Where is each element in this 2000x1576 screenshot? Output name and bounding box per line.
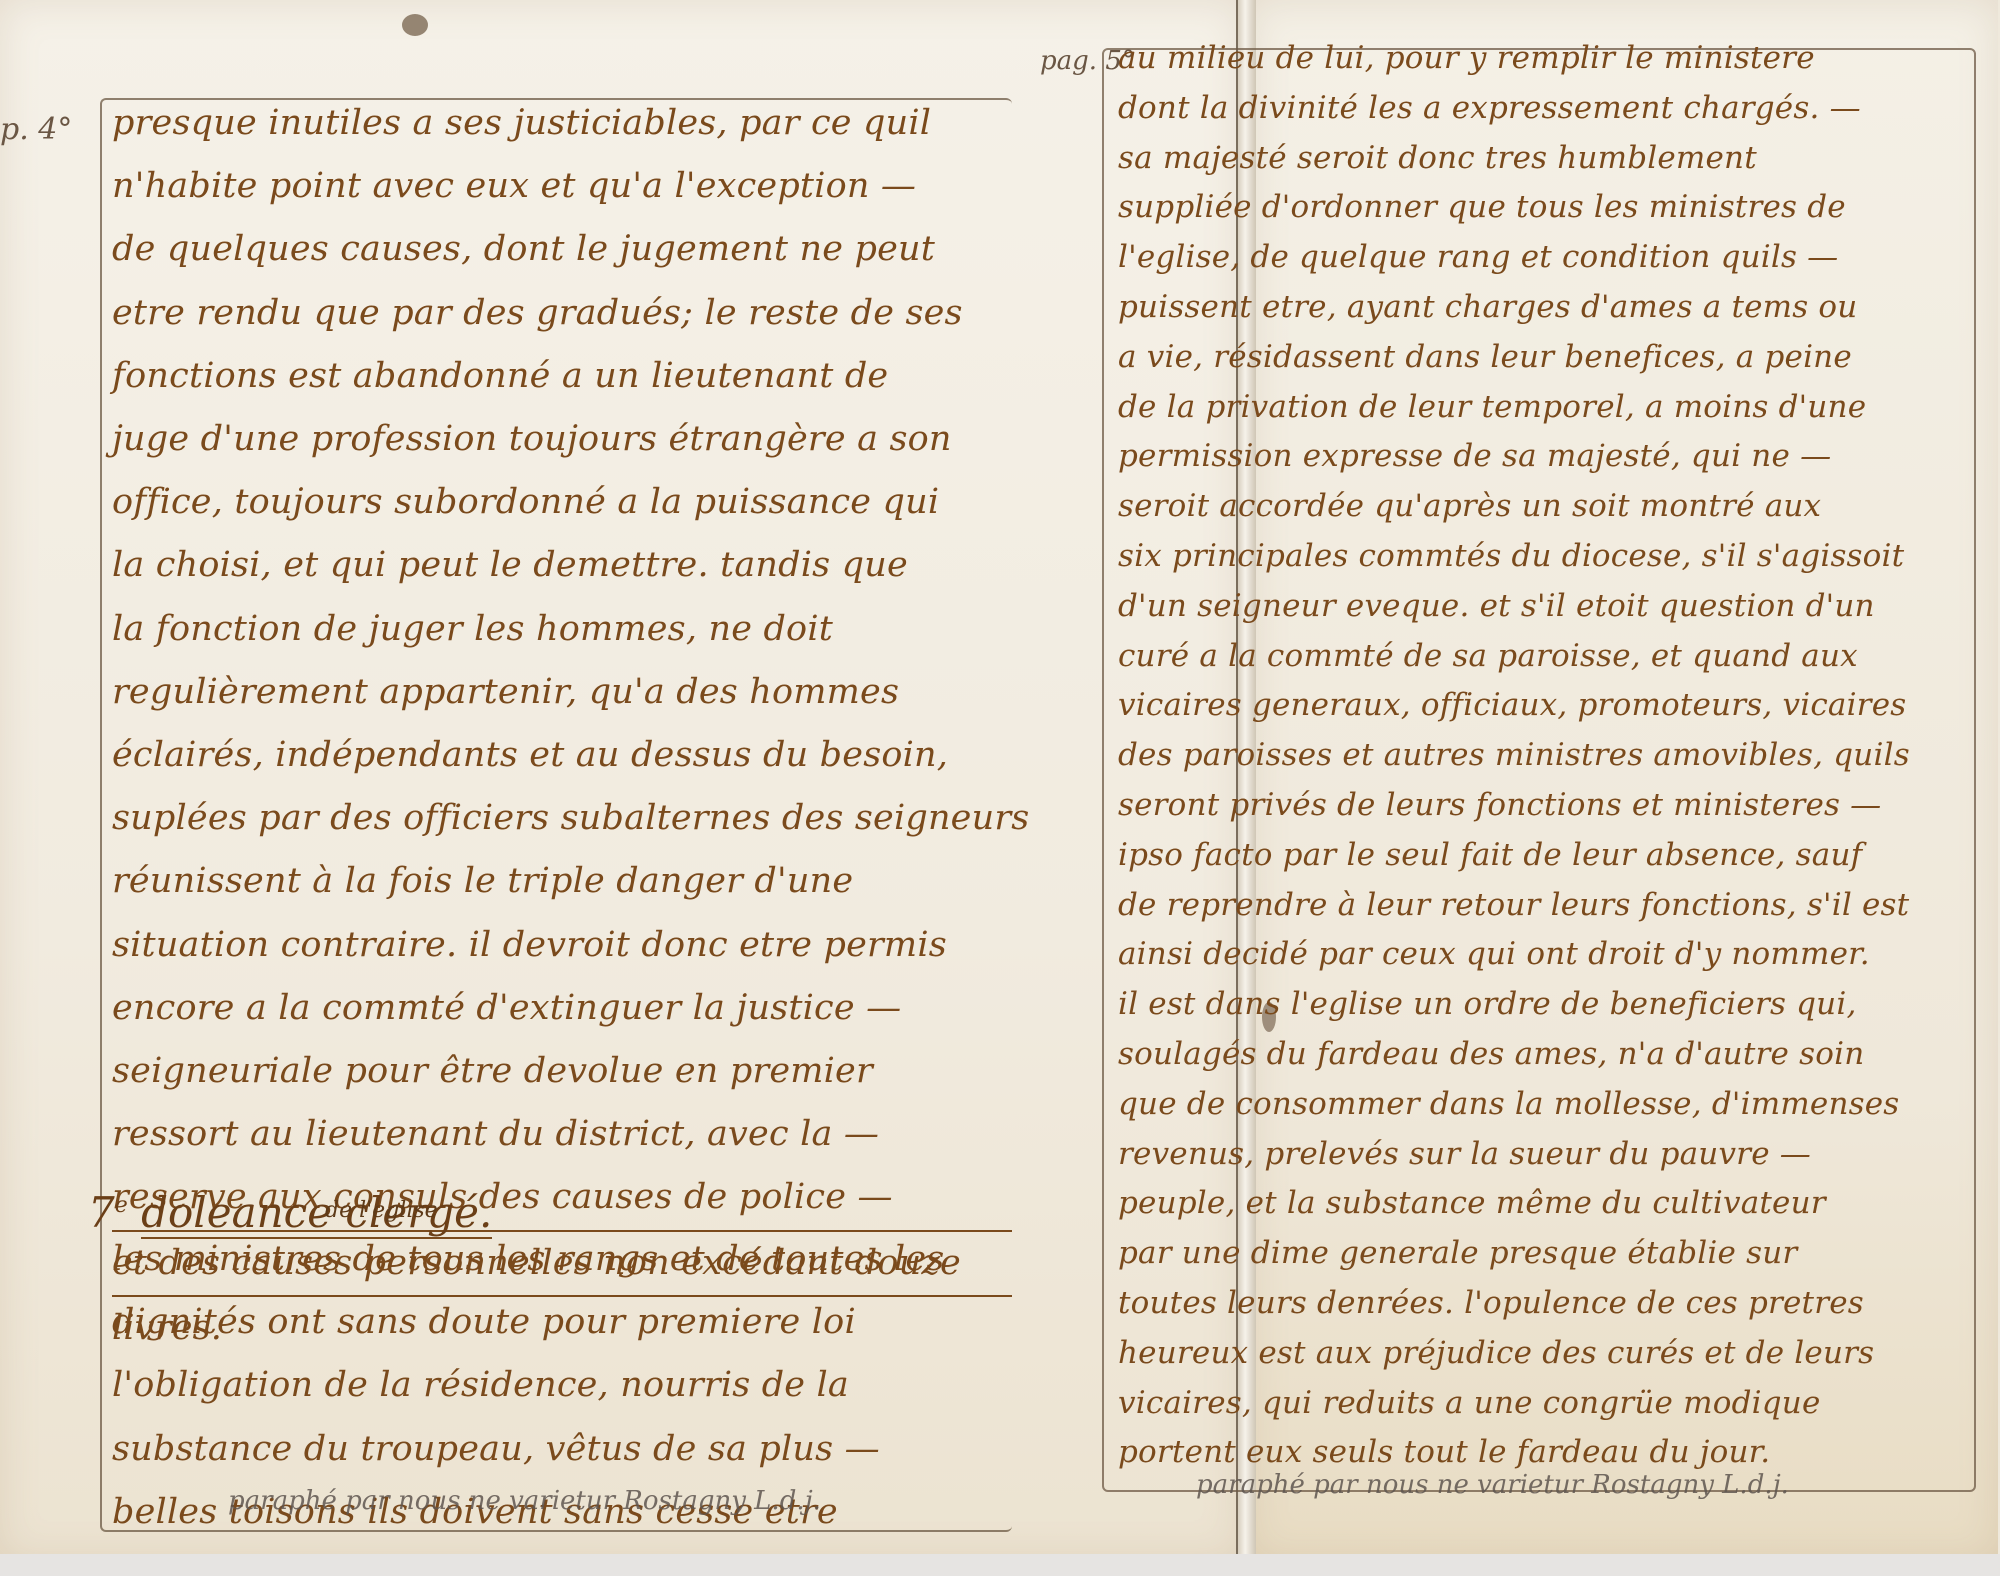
- text-line: peuple, et la substance même du cultivat…: [1118, 1179, 1978, 1229]
- text-line: situation contraire. il devroit donc etr…: [112, 914, 1012, 977]
- text-line: curé a la commté de sa paroisse, et quan…: [1118, 632, 1978, 682]
- text-line: ainsi decidé par ceux qui ont droit d'y …: [1118, 930, 1978, 980]
- text-line: ressort au lieutenant du district, avec …: [112, 1103, 1012, 1166]
- left-page-number: p. 4°: [0, 112, 72, 147]
- interlinear-insert: de l'eglise: [325, 1198, 438, 1223]
- text-line: que de consommer dans la mollesse, d'imm…: [1118, 1080, 1978, 1130]
- text-line: permission expresse de sa majesté, qui n…: [1118, 432, 1978, 482]
- text-line: la choisi, et qui peut le demettre. tand…: [112, 534, 1012, 597]
- text-line: la fonction de juger les hommes, ne doit: [112, 598, 1012, 661]
- text-line: suplées par des officiers subalternes de…: [112, 787, 1012, 850]
- text-line: dont la divinité les a expressement char…: [1118, 84, 1978, 134]
- text-line: n'habite point avec eux et qu'a l'except…: [112, 155, 1012, 218]
- section-ordinal: e: [115, 1193, 128, 1218]
- text-line: des paroisses et autres ministres amovib…: [1118, 731, 1978, 781]
- text-line: six principales commtés du diocese, s'il…: [1118, 532, 1978, 582]
- scan-background: [0, 1554, 2000, 1576]
- paraph-signature: paraphé par nous ne varietur Rostagny L.…: [1196, 1470, 1789, 1500]
- text-line: éclairés, indépendants et au dessus du b…: [112, 724, 1012, 787]
- text-line: soulagés du fardeau des ames, n'a d'autr…: [1118, 1030, 1978, 1080]
- text-line: juge d'une profession toujours étrangère…: [112, 408, 1012, 471]
- text-line: fonctions est abandonné a un lieutenant …: [112, 345, 1012, 408]
- text-line: sa majesté seroit donc tres humblement: [1118, 134, 1978, 184]
- text-line: encore a la commté d'extinguer la justic…: [112, 977, 1012, 1040]
- text-line: il est dans l'eglise un ordre de benefic…: [1118, 980, 1978, 1030]
- text-line: heureux est aux préjudice des curés et d…: [1118, 1329, 1978, 1379]
- text-line: les ministres de tous les rangs et de to…: [112, 1228, 1012, 1291]
- text-line: ipso facto par le seul fait de leur abse…: [1118, 831, 1978, 881]
- text-line: seigneuriale pour être devolue en premie…: [112, 1040, 1012, 1103]
- text-line: suppliée d'ordonner que tous les ministr…: [1118, 183, 1978, 233]
- text-line: presque inutiles a ses justiciables, par…: [112, 92, 1012, 155]
- text-line: office, toujours subordonné a la puissan…: [112, 471, 1012, 534]
- text-line: de la privation de leur temporel, a moin…: [1118, 383, 1978, 433]
- ink-blot: [402, 14, 428, 36]
- text-line: de reprendre à leur retour leurs fonctio…: [1118, 881, 1978, 931]
- manuscript-spread: p. 4° presque inutiles a ses justiciable…: [0, 0, 2000, 1576]
- text-line: par une dime generale presque établie su…: [1118, 1229, 1978, 1279]
- text-line: au milieu de lui, pour y remplir le mini…: [1118, 34, 1978, 84]
- text-line: dignités ont sans doute pour premiere lo…: [112, 1291, 1012, 1354]
- text-line: a vie, résidassent dans leur benefices, …: [1118, 333, 1978, 383]
- text-line: seroit accordée qu'après un soit montré …: [1118, 482, 1978, 532]
- text-line: de quelques causes, dont le jugement ne …: [112, 218, 1012, 281]
- right-page-body: au milieu de lui, pour y remplir le mini…: [1118, 34, 1978, 1478]
- text-line: regulièrement appartenir, qu'a des homme…: [112, 661, 1012, 724]
- section-number: 7: [88, 1188, 115, 1237]
- text-line: vicaires, qui reduits a une congrüe modi…: [1118, 1379, 1978, 1429]
- text-line: d'un seigneur eveque. et s'il etoit ques…: [1118, 582, 1978, 632]
- text-line: revenus, prelevés sur la sueur du pauvre…: [1118, 1130, 1978, 1180]
- left-page-body: presque inutiles a ses justiciables, par…: [112, 92, 1012, 1360]
- text-line: réunissent à la fois le triple danger d'…: [112, 850, 1012, 913]
- paraph-signature: paraphé par nous ne varietur Rostagny L.…: [228, 1486, 821, 1516]
- text-line: seront privés de leurs fonctions et mini…: [1118, 781, 1978, 831]
- text-line: toutes leurs denrées. l'opulence de ces …: [1118, 1279, 1978, 1329]
- text-line: etre rendu que par des gradués; le reste…: [112, 282, 1012, 345]
- text-line: puissent etre, ayant charges d'ames a te…: [1118, 283, 1978, 333]
- text-line: substance du troupeau, vêtus de sa plus …: [112, 1418, 1012, 1481]
- text-line: l'eglise, de quelque rang et condition q…: [1118, 233, 1978, 283]
- text-line: vicaires generaux, officiaux, promoteurs…: [1118, 681, 1978, 731]
- text-line: l'obligation de la résidence, nourris de…: [112, 1354, 1012, 1417]
